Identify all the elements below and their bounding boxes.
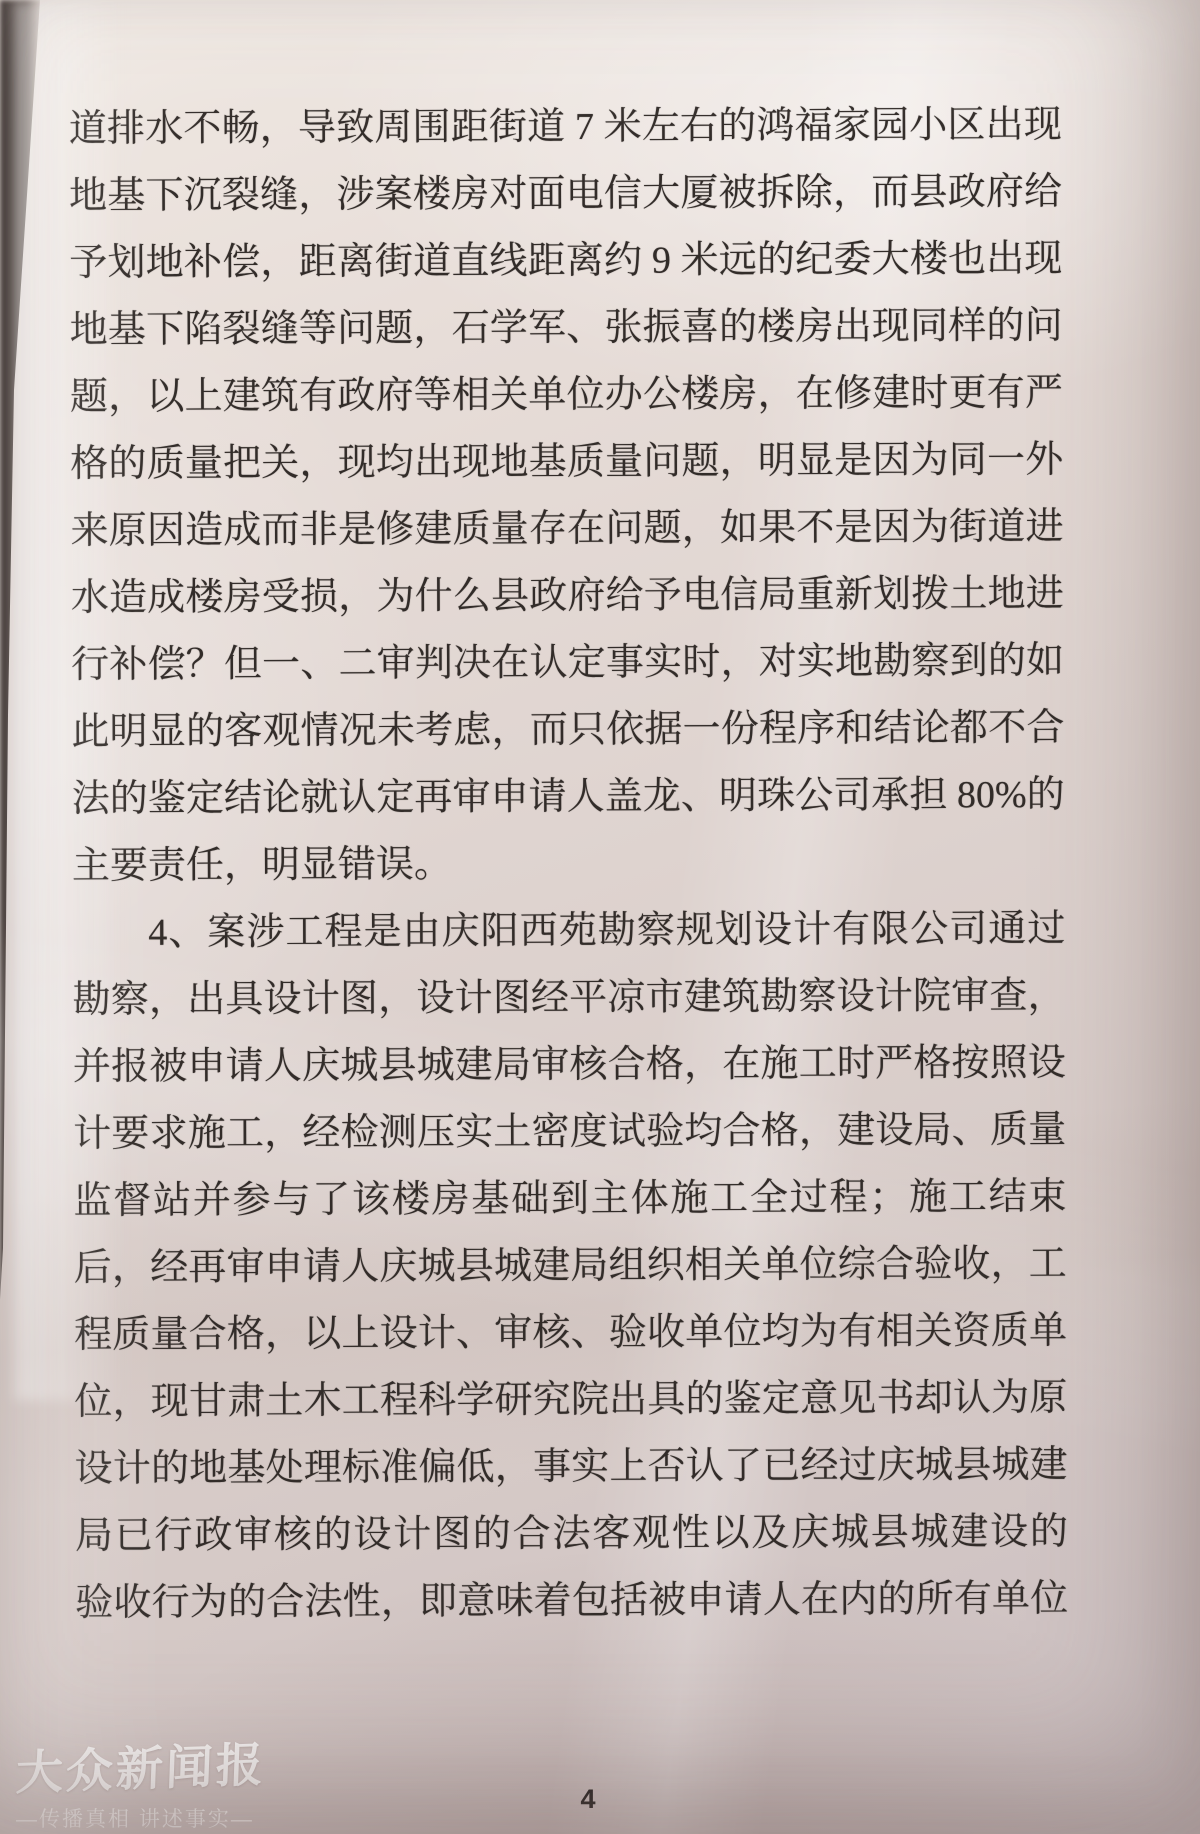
- text-line: 后，经再审申请人庆城县城建局组织相关单位综合验收，工: [74, 1231, 1067, 1302]
- text-line: 4、案涉工程是由庆阳西苑勘察规划设计有限公司通过: [72, 896, 1065, 967]
- text-line: 水造成楼房受损，为什么县政府给予电信局重新划拨土地进: [71, 561, 1064, 632]
- text-line: 计要求施工，经检测压实土密度试验均合格，建设局、质量: [73, 1097, 1066, 1168]
- text-line: 此明显的客观情况未考虑，而只依据一份程序和结论都不合: [71, 695, 1064, 766]
- document-photo: 道排水不畅，导致周围距街道 7 米左右的鸿福家园小区出现地基下沉裂缝，涉案楼房对…: [0, 0, 1200, 1834]
- text-line: 格的质量把关，现均出现地基质量问题，明显是因为同一外: [70, 427, 1063, 498]
- text-line: 行补偿？但一、二审判决在认定事实时，对实地勘察到的如: [71, 628, 1064, 699]
- text-line: 地基下陷裂缝等问题，石学军、张振喜的楼房出现同样的问: [70, 293, 1063, 364]
- text-line: 予划地补偿，距离街道直线距离约 9 米远的纪委大楼也出现: [69, 226, 1062, 297]
- text-line: 地基下沉裂缝，涉案楼房对面电信大厦被拆除，而县政府给: [69, 159, 1062, 230]
- text-line: 设计的地基处理标准偏低，事实上否认了已经过庆城县城建: [74, 1432, 1067, 1503]
- text-line: 道排水不畅，导致周围距街道 7 米左右的鸿福家园小区出现: [69, 92, 1062, 163]
- text-line: 法的鉴定结论就认定再审申请人盖龙、明珠公司承担 80%的: [72, 762, 1065, 833]
- page-number: 4: [568, 1784, 608, 1815]
- text-line: 局已行政审核的设计图的合法客观性以及庆城县城建设的: [75, 1499, 1068, 1570]
- text-line: 勘察，出具设计图，设计图经平凉市建筑勘察设计院审查，: [72, 963, 1065, 1034]
- text-line: 验收行为的合法性，即意味着包括被申请人在内的所有单位: [75, 1566, 1068, 1637]
- watermark-tagline: —传播真相 讲述事实—: [16, 1803, 266, 1833]
- photo-left-edge: [0, 0, 46, 1300]
- watermark: 大众新闻报 —传播真相 讲述事实—: [16, 1732, 266, 1833]
- document-text: 道排水不畅，导致周围距街道 7 米左右的鸿福家园小区出现地基下沉裂缝，涉案楼房对…: [69, 92, 1069, 1637]
- text-line: 监督站并参与了该楼房基础到主体施工全过程；施工结束: [73, 1164, 1066, 1235]
- text-line: 来原因造成而非是修建质量存在问题，如果不是因为街道进: [70, 494, 1063, 565]
- watermark-title: 大众新闻报: [15, 1728, 267, 1804]
- text-line: 程质量合格，以上设计、审核、验收单位均为有相关资质单: [74, 1298, 1067, 1369]
- text-line: 并报被申请人庆城县城建局审核合格，在施工时严格按照设: [73, 1030, 1066, 1101]
- text-line: 位，现甘肃土木工程科学研究院出具的鉴定意见书却认为原: [74, 1365, 1067, 1436]
- text-line: 题，以上建筑有政府等相关单位办公楼房，在修建时更有严: [70, 360, 1063, 431]
- text-line: 主要责任，明显错误。: [72, 829, 1065, 900]
